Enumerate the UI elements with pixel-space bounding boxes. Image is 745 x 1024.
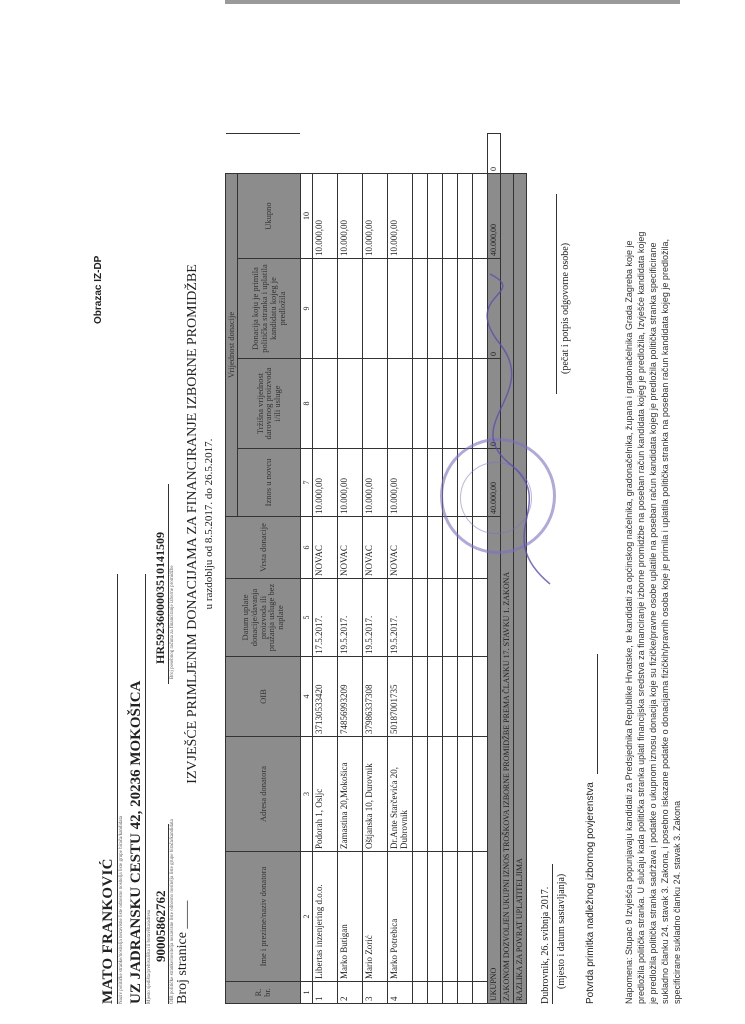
party-oib: 90005862762 (153, 891, 169, 963)
place-date-caption: (mjesto i datum sastavljanja) (556, 874, 567, 989)
empty-row (427, 134, 442, 1004)
header-value-group: Vrijednost donacije (226, 174, 238, 517)
address-caption: Mjesto sjedišta/prebivališta ili boraviš… (147, 910, 152, 1004)
place-date: Dubrovnik, 26. svibnja 2017. (540, 887, 551, 1004)
header-address: Adresa donatora (226, 737, 301, 852)
header-type: Vrsta donacije (226, 517, 301, 579)
report-period: u razdoblju od 8.5.2017. do 26.5.2017. (203, 164, 215, 884)
header-date: Datum uplate donacije/davanja proizvoda … (226, 579, 301, 657)
party-address: UZ JADRANSKU CESTU 42, 20236 MOKOŠICA (128, 574, 146, 1004)
document-page: Obrazac IZ-DP MATO FRANKOVIĆ Naziv polit… (0, 0, 745, 1024)
header-name: Ime i prezime/naziv donatora (226, 852, 301, 982)
column-number-row: 12 34 56 78 910 (300, 134, 312, 1004)
iban-caption: Broj posebnog računa za financiranje izb… (170, 565, 175, 679)
scan-edge (225, 0, 680, 4)
empty-row (442, 134, 457, 1004)
footnote: Napomena: Stupac 9 Izvješća popunjavaju … (623, 224, 683, 1004)
header-market: Tržišna vrijednost darovanog proizvoda i… (237, 359, 300, 449)
signature-icon (470, 264, 560, 594)
account-iban: HR5923600003510141509 (153, 532, 168, 664)
header-total: Ukupno (237, 174, 300, 259)
header-no: R. br. (226, 982, 301, 1004)
party-name: MATO FRANKOVIĆ (100, 574, 118, 1004)
table-row: 1Libertas inzenjering d.o.o.Podorah 1, O… (312, 134, 337, 1004)
receipt-label: Potvrda primitka nadležnog izbornog povj… (585, 782, 596, 1004)
table-row: 3Mario ZorićOštjanska 10, Durovnik 37986… (362, 134, 387, 1004)
stamp-caption: (pečat i potpis odgovorne osobe) (560, 243, 571, 374)
form-code: Obrazac IZ-DP (93, 256, 104, 324)
empty-row (412, 134, 427, 1004)
header-cash: Iznos u novcu (237, 449, 300, 517)
page-number-label: Broj stranice ____ (175, 901, 191, 1004)
header-received: Donacija koju je primila politička stran… (237, 259, 300, 359)
party-caption: Naziv političke stranke/nositelja nezavi… (119, 816, 124, 1004)
table-row: 2Marko ButiganZamastina 20,Mokošica 7485… (337, 134, 362, 1004)
table-row: 4Marko PotrebicaDr.Ante Starčevića 20, D… (387, 134, 412, 1004)
report-title: IZVJEŠĆE PRIMLJENIM DONACIJAMA ZA FINANC… (185, 164, 201, 884)
header-oib: OIB (226, 657, 301, 737)
